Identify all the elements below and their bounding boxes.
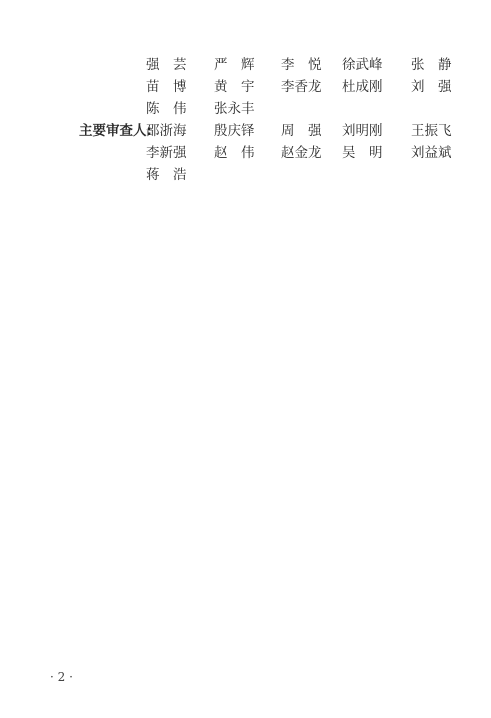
names-row-2: 苗 博 黄 宇 李香龙 杜成刚 刘 强 bbox=[0, 76, 491, 98]
person-name: 邵浙海 bbox=[146, 120, 187, 142]
reviewers-row-1: 主要审查人: 邵浙海 殷庆铎 周 强 刘明刚 王振飞 bbox=[0, 120, 491, 142]
person-name: 赵金龙 bbox=[281, 142, 322, 164]
person-name: 强 芸 bbox=[146, 54, 187, 76]
person-name: 徐武峰 bbox=[342, 54, 383, 76]
person-name: 李香龙 bbox=[281, 76, 322, 98]
person-name: 严 辉 bbox=[214, 54, 255, 76]
person-name: 李 悦 bbox=[281, 54, 322, 76]
names-row-3: 陈 伟 张永丰 bbox=[0, 98, 491, 120]
person-name: 苗 博 bbox=[146, 76, 187, 98]
person-name: 张永丰 bbox=[214, 98, 255, 120]
person-name: 周 强 bbox=[281, 120, 322, 142]
reviewers-label: 主要审查人: bbox=[79, 120, 152, 142]
person-name: 殷庆铎 bbox=[214, 120, 255, 142]
page-number: · 2 · bbox=[50, 670, 73, 684]
person-name: 李新强 bbox=[146, 142, 187, 164]
person-name: 蒋 浩 bbox=[146, 164, 187, 186]
reviewers-row-2: 李新强 赵 伟 赵金龙 吴 明 刘益斌 bbox=[0, 142, 491, 164]
reviewers-row-3: 蒋 浩 bbox=[0, 164, 491, 186]
person-name: 张 静 bbox=[411, 54, 452, 76]
names-row-1: 强 芸 严 辉 李 悦 徐武峰 张 静 bbox=[0, 54, 491, 76]
person-name: 吴 明 bbox=[342, 142, 383, 164]
person-name: 赵 伟 bbox=[214, 142, 255, 164]
person-name: 杜成刚 bbox=[342, 76, 383, 98]
person-name: 刘 强 bbox=[411, 76, 452, 98]
person-name: 王振飞 bbox=[411, 120, 452, 142]
person-name: 刘明刚 bbox=[342, 120, 383, 142]
document-page: 强 芸 严 辉 李 悦 徐武峰 张 静 苗 博 黄 宇 李香龙 杜成刚 刘 强 … bbox=[0, 0, 491, 718]
person-name: 陈 伟 bbox=[146, 98, 187, 120]
person-name: 刘益斌 bbox=[411, 142, 452, 164]
person-name: 黄 宇 bbox=[214, 76, 255, 98]
